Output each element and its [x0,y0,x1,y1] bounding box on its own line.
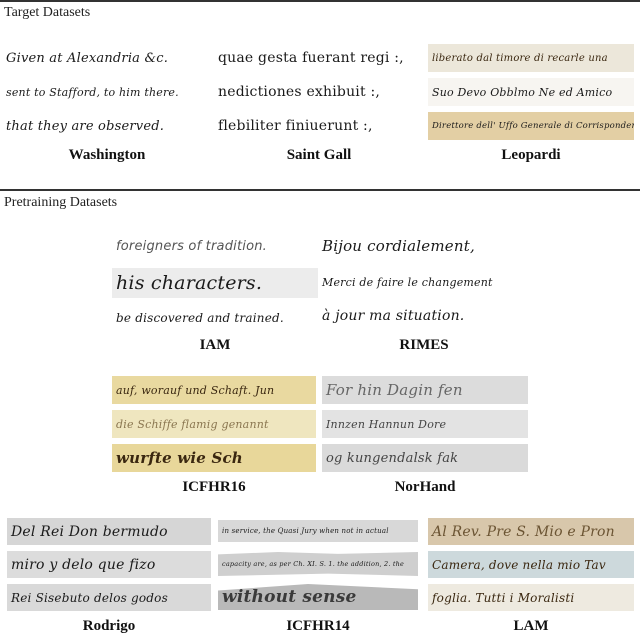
handwriting-line: without sense [218,584,418,610]
panel-rimes: Bijou cordialement, Merci de faire le ch… [318,232,530,332]
section-divider [0,189,640,191]
handwriting-line: capacity are, as per Ch. XI. S. 1. the a… [218,552,418,576]
handwriting-line: Rei Sisebuto delos godos [7,584,211,611]
section-title-target: Target Datasets [4,5,90,21]
panel-saint-gall: quae gesta fuerant regi :, nedictiones e… [214,42,424,142]
handwriting-line: Camera, dove nella mio Tav [428,551,634,578]
handwriting-line: Al Rev. Pre S. Mio e Pron [428,518,634,545]
handwriting-line: Bijou cordialement, [318,232,530,260]
handwriting-line: Innzen Hannun Dore [322,410,528,438]
panel-icfhr14: in service, the Quasi Jury when not in a… [218,518,418,610]
panel-washington: Given at Alexandria &c. sent to Stafford… [2,42,212,142]
handwriting-line: in service, the Quasi Jury when not in a… [218,520,418,542]
caption-leopardi: Leopardi [428,147,634,164]
panel-icfhr16: auf, worauf und Schaft. Jun die Schiffe … [112,376,316,472]
section-title-pretraining: Pretraining Datasets [4,195,117,211]
handwriting-line: Del Rei Don bermudo [7,518,211,545]
handwriting-line: miro y delo que fizo [7,551,211,578]
top-rule [0,0,640,2]
handwriting-line: his characters. [112,268,318,298]
handwriting-line: auf, worauf und Schaft. Jun [112,376,316,404]
handwriting-line: quae gesta fuerant regi :, [214,44,424,72]
caption-washington: Washington [2,147,212,164]
caption-saint-gall: Saint Gall [214,147,424,164]
panel-norhand: For hin Dagin fen Innzen Hannun Dore og … [322,376,528,472]
caption-icfhr14: ICFHR14 [218,618,418,635]
handwriting-line: liberato dal timore di recarle una [428,44,634,72]
caption-iam: IAM [112,337,318,354]
handwriting-line: Direttore dell' Uffo Generale di Corrisp… [428,112,634,140]
caption-rodrigo: Rodrigo [7,618,211,635]
panel-lam: Al Rev. Pre S. Mio e Pron Camera, dove n… [428,518,634,610]
handwriting-line: that they are observed. [2,112,212,140]
handwriting-line: og kungendalsk fak [322,444,528,472]
caption-rimes: RIMES [318,337,530,354]
handwriting-line: Merci de faire le changement [318,268,530,296]
panel-leopardi: liberato dal timore di recarle una Suo D… [428,44,634,144]
caption-lam: LAM [428,618,634,635]
handwriting-line: Suo Devo Obblmo Ne ed Amico [428,78,634,106]
panel-iam: foreigners of tradition. his characters.… [112,232,318,332]
handwriting-line: sent to Stafford, to him there. [2,78,212,106]
handwriting-line: foglia. Tutti i Moralisti [428,584,634,611]
handwriting-line: be discovered and trained. [112,304,318,332]
handwriting-line: die Schiffe flamig genannt [112,410,316,438]
handwriting-line: For hin Dagin fen [322,376,528,404]
handwriting-line: foreigners of tradition. [112,232,318,260]
caption-norhand: NorHand [322,479,528,496]
handwriting-line: flebiliter finiuerunt :, [214,112,424,140]
handwriting-line: nedictiones exhibuit :, [214,78,424,106]
panel-rodrigo: Del Rei Don bermudo miro y delo que fizo… [7,518,211,610]
handwriting-line: Given at Alexandria &c. [2,44,212,72]
caption-icfhr16: ICFHR16 [112,479,316,496]
handwriting-line: à jour ma situation. [318,302,530,330]
handwriting-line: wurfte wie Sch [112,444,316,472]
